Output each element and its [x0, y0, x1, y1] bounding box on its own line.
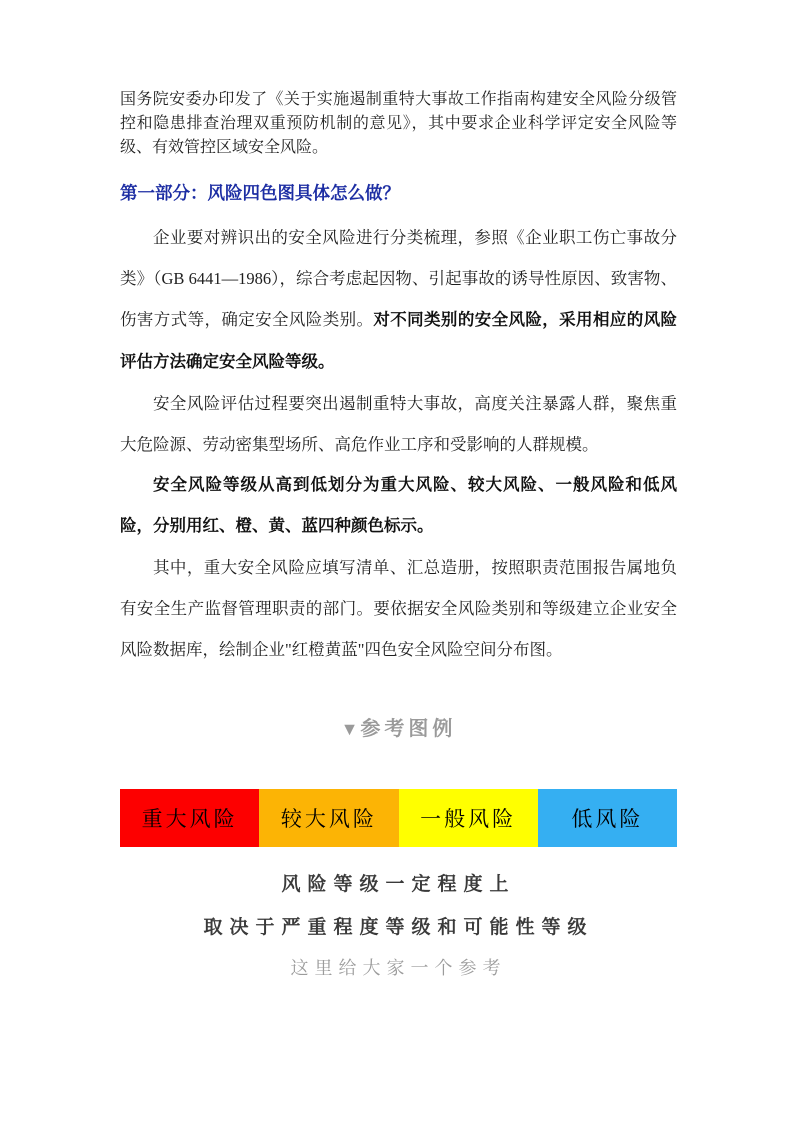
- risk-segment-major: 重大风险: [120, 789, 259, 847]
- section-heading: 第一部分：风险四色图具体怎么做？: [120, 180, 677, 205]
- caption-line-2: 取决于严重程度等级和可能性等级: [120, 912, 677, 939]
- caption-line-3: 这里给大家一个参考: [120, 954, 677, 980]
- paragraph-assessment: 安全风险评估过程要突出遏制重特大事故，高度关注暴露人群，聚焦重大危险源、劳动密集…: [120, 383, 677, 465]
- triangle-down-icon: ▼: [341, 719, 359, 739]
- risk-segment-low: 低风险: [538, 789, 677, 847]
- risk-level-color-bar: 重大风险 较大风险 一般风险 低风险: [120, 789, 677, 847]
- caption-line-1: 风险等级一定程度上: [120, 869, 677, 896]
- risk-segment-general: 一般风险: [399, 789, 538, 847]
- intro-paragraph: 国务院安委办印发了《关于实施遏制重特大事故工作指南构建安全风险分级管控和隐患排查…: [120, 88, 677, 160]
- risk-segment-considerable: 较大风险: [259, 789, 398, 847]
- legend-title: ▼参考图例: [120, 712, 677, 741]
- paragraph-classification: 企业要对辨识出的安全风险进行分类梳理，参照《企业职工伤亡事故分类》（GB 644…: [120, 217, 677, 383]
- legend-title-text: 参考图例: [360, 718, 456, 740]
- document-page: 国务院安委办印发了《关于实施遏制重特大事故工作指南构建安全风险分级管控和隐患排查…: [0, 0, 793, 1122]
- paragraph-risk-levels: 安全风险等级从高到低划分为重大风险、较大风险、一般风险和低风险，分别用红、橙、黄…: [120, 465, 677, 547]
- paragraph-major-risk: 其中，重大安全风险应填写清单、汇总造册，按照职责范围报告属地负有安全生产监督管理…: [120, 547, 677, 670]
